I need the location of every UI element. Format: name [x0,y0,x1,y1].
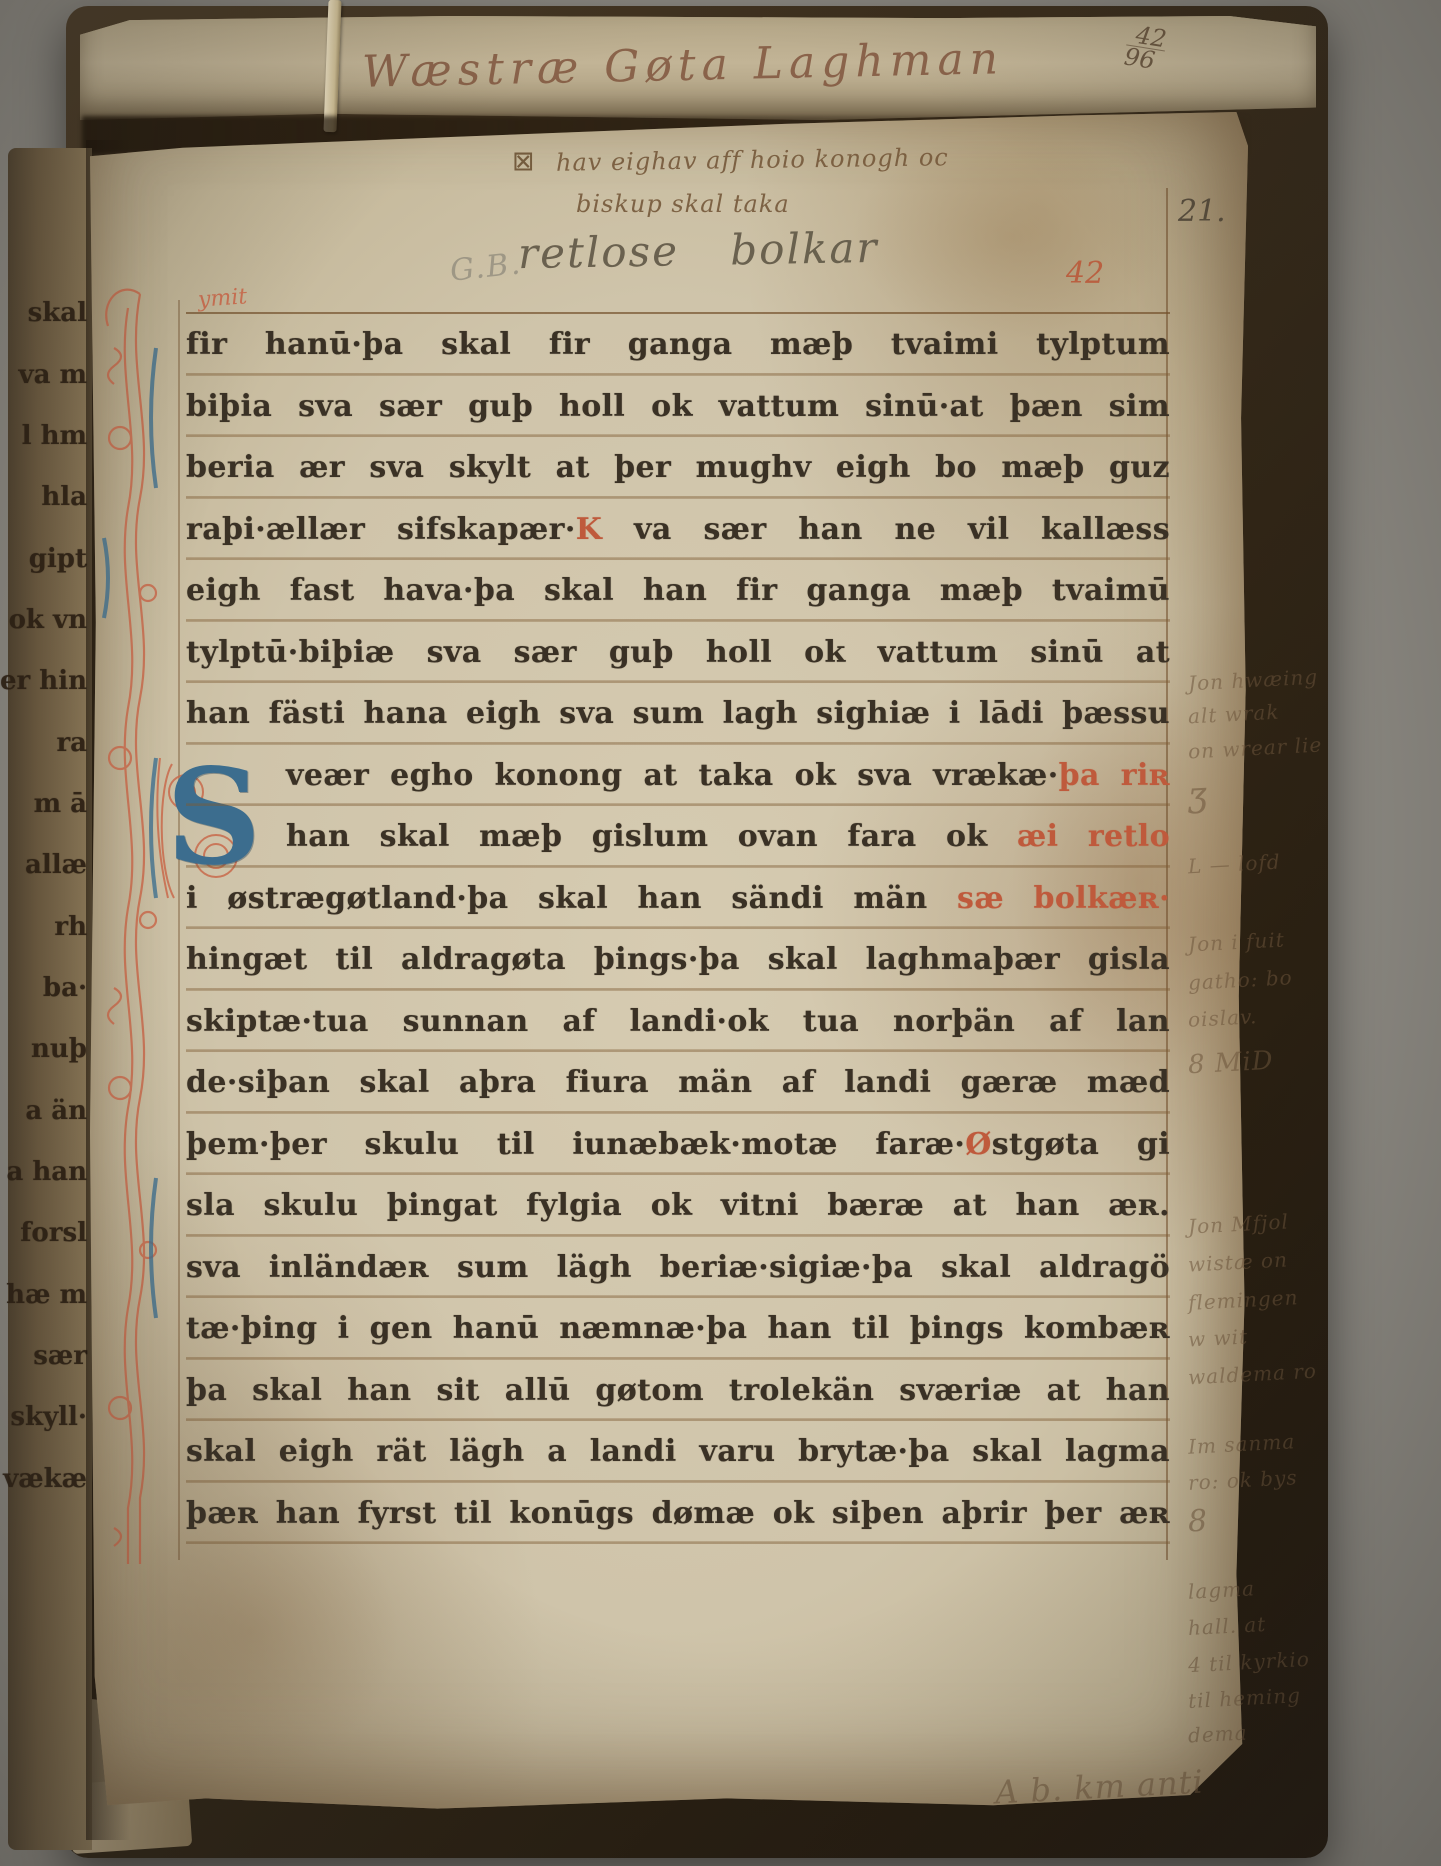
facing-page-text-fragment: skyll· [10,1402,87,1432]
manuscript-leaf [90,112,1248,1812]
facing-page-text-fragment: skal [28,298,87,328]
fragment-text: hæ m [6,1280,87,1310]
facing-page-text-fragment: ra [56,728,87,758]
fragment-text: forsl [20,1218,87,1248]
facing-page-text-fragment: va m [18,360,87,390]
fragment-text: rh [54,912,87,942]
facing-page-text-fragment: m ā [34,789,87,819]
facing-page-text-fragment: hla [41,482,87,512]
fragment-text: gipt [29,544,87,574]
facing-page-text-fragment: allæ [25,850,87,880]
facing-page-text-fragment: nuþ [31,1034,87,1064]
parchment-stain [1010,672,1270,1092]
fragment-text: va m [18,360,87,390]
foliation-fraction: 42 96 [1131,24,1168,73]
facing-page-text-fragment: ba· [43,973,87,1003]
facing-page-text-fragment: sær [33,1341,87,1371]
fragment-text: ba· [43,973,87,1003]
fragment-text: skal [28,298,87,328]
fragment-text: ra [56,728,87,758]
spine-title: Wæstræ Gøta Laghman [362,33,1005,97]
fragment-text: skyll· [10,1402,87,1432]
fragment-text: er hin [0,666,87,696]
fragment-text: hla [41,482,87,512]
facing-page-text-fragment: hæ m [6,1280,87,1310]
fragment-text: l hm [22,421,87,451]
facing-page-text-fragment: a än [25,1096,87,1126]
parchment-stain [850,132,1170,342]
facing-page-text-fragment: gipt [29,544,87,574]
facing-page-text-fragment: a han [6,1157,87,1187]
fragment-text: ok vn [9,605,87,635]
fragment-text: nuþ [31,1034,87,1064]
parchment-stain [100,1492,400,1772]
facing-page-text-fragment: er hin [0,666,87,696]
facing-page-text-fragment: rh [54,912,87,942]
fragment-text: sær [33,1341,87,1371]
cover-parchment-strip: Wæstræ Gøta Laghman 42 96 [80,16,1316,120]
facing-page-text-fragment: l hm [22,421,87,451]
facing-page-text-fragment: forsl [20,1218,87,1248]
fragment-text: allæ [25,850,87,880]
facing-page-text-fragment: ok vn [9,605,87,635]
fragment-text: a än [25,1096,87,1126]
facing-page-text-fragment: vækæ [3,1464,87,1494]
fragment-text: vækæ [3,1464,87,1494]
fragment-text: m ā [34,789,87,819]
manuscript-photo: Wæstræ Gøta Laghman 42 96 skal va m l hm… [0,0,1441,1866]
fragment-text: a han [6,1157,87,1187]
facing-page-strip: skal va m l hm hla gipt ok vn er hin [8,148,92,1850]
